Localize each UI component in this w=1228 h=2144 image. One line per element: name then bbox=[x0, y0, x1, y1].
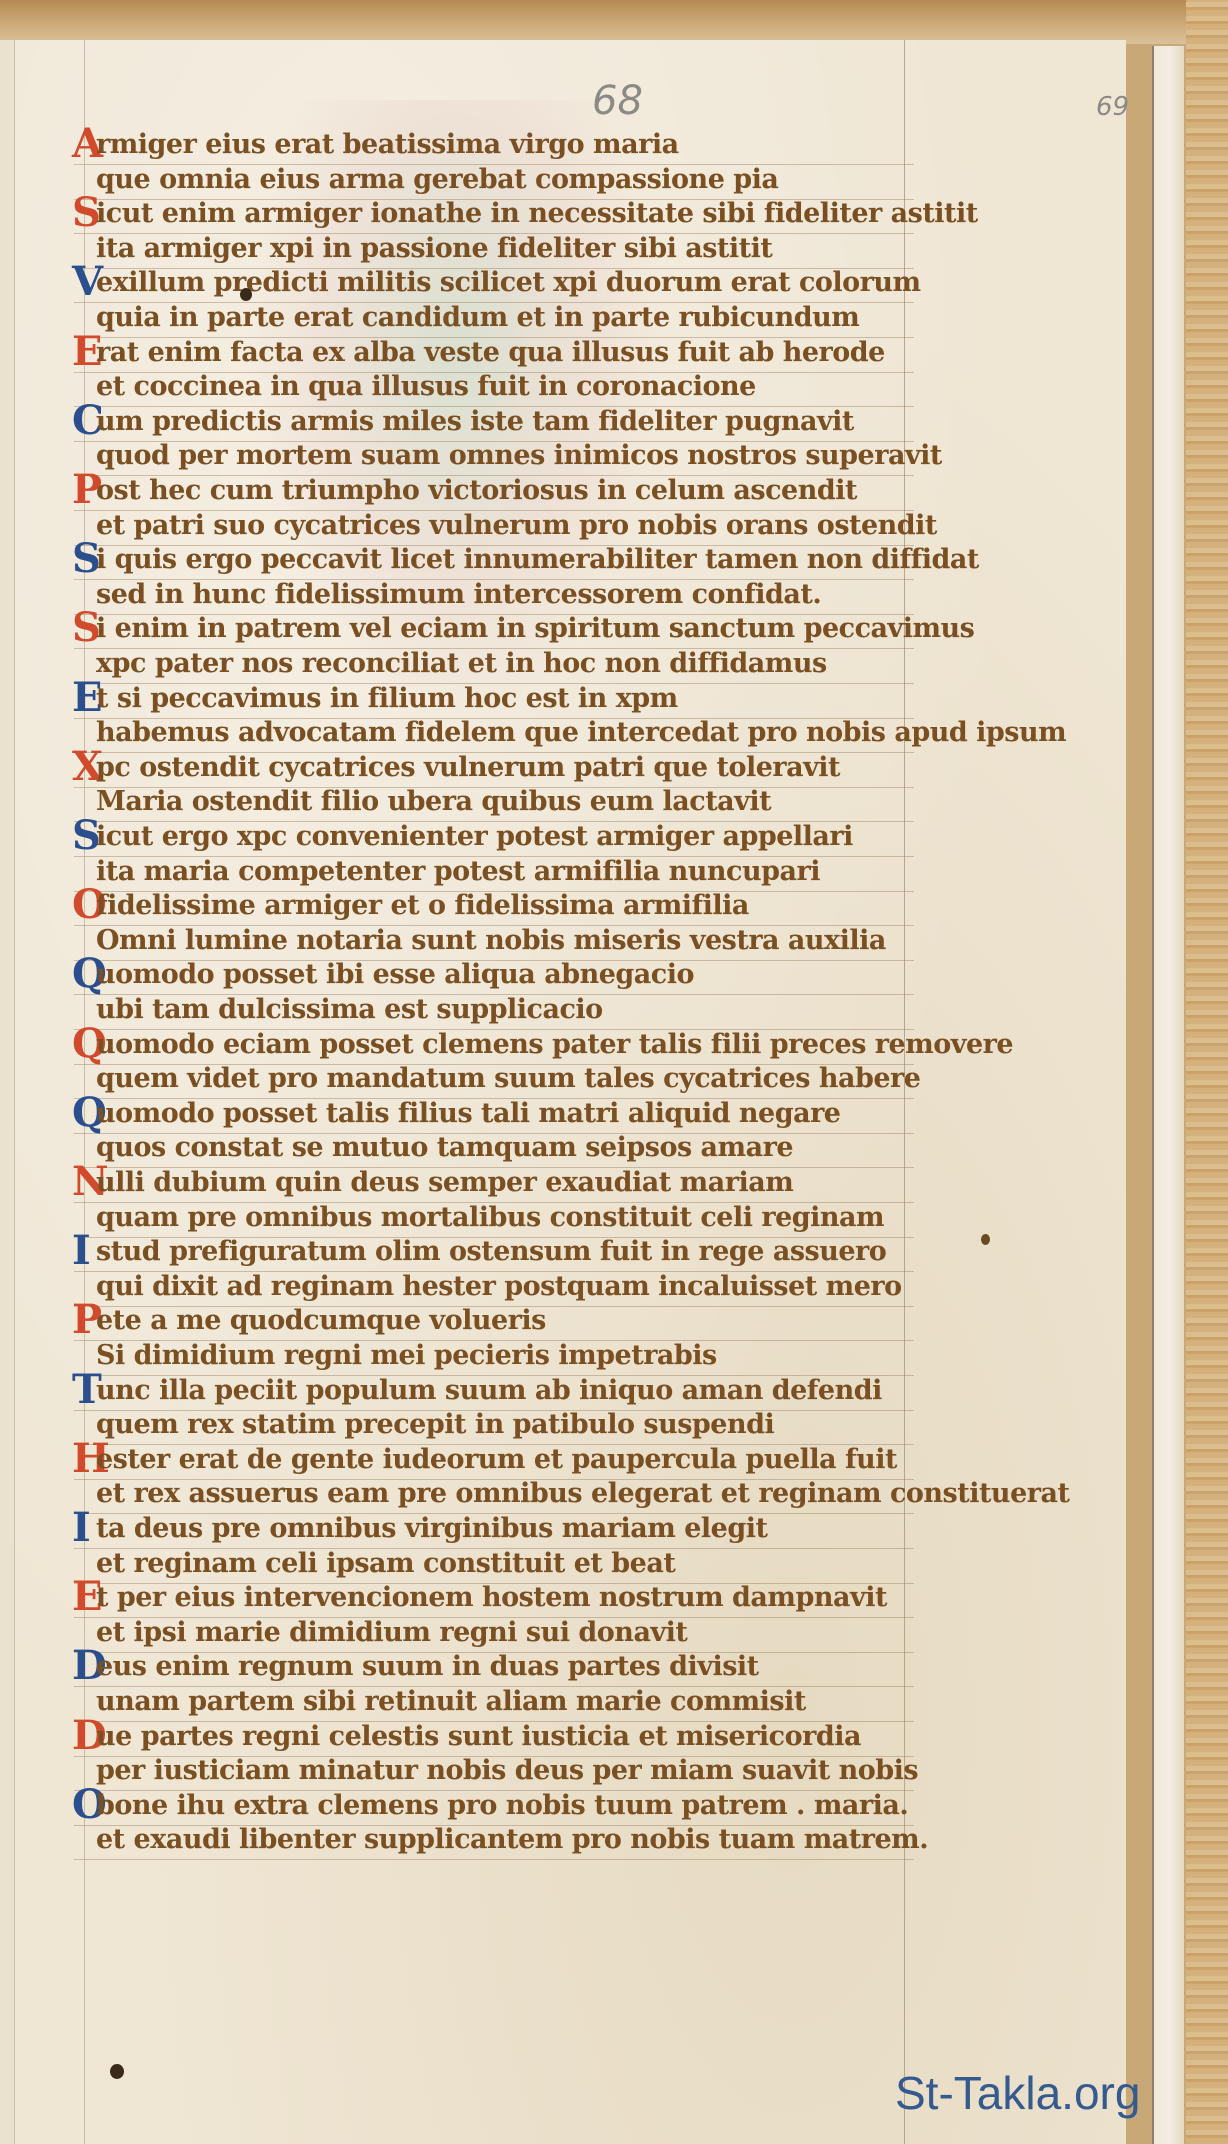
line-text: Maria ostendit filio ubera quibus eum la… bbox=[96, 786, 771, 817]
manuscript-line: Si enim in patrem vel eciam in spiritum … bbox=[74, 612, 914, 649]
manuscript-line: Vexillum predicti militis scilicet xpi d… bbox=[74, 266, 914, 303]
manuscript-line: Si quis ergo peccavit licet innumerabili… bbox=[74, 543, 914, 580]
manuscript-line: et reginam celi ipsam constituit et beat bbox=[74, 1547, 914, 1584]
manuscript-line: quam pre omnibus mortalibus constituit c… bbox=[74, 1201, 914, 1238]
manuscript-line: Deus enim regnum suum in duas partes div… bbox=[74, 1650, 914, 1687]
line-text: quam pre omnibus mortalibus constituit c… bbox=[96, 1202, 884, 1233]
manuscript-line: Sicut ergo xpc convenienter potest armig… bbox=[74, 820, 914, 857]
folio-number-pencil: 68 bbox=[592, 78, 643, 124]
manuscript-line: Maria ostendit filio ubera quibus eum la… bbox=[74, 785, 914, 822]
manuscript-line: Et per eius intervencionem hostem nostru… bbox=[74, 1581, 914, 1618]
line-text: fidelissime armiger et o fidelissima arm… bbox=[96, 890, 749, 921]
line-text: bone ihu extra clemens pro nobis tuum pa… bbox=[96, 1790, 908, 1821]
manuscript-line: et coccinea in qua illusus fuit in coron… bbox=[74, 370, 914, 407]
manuscript-line: unam partem sibi retinuit aliam marie co… bbox=[74, 1685, 914, 1722]
manuscript-line: xpc pater nos reconciliat et in hoc non … bbox=[74, 647, 914, 684]
manuscript-line: Omni lumine notaria sunt nobis miseris v… bbox=[74, 924, 914, 961]
manuscript-line: ita armiger xpi in passione fideliter si… bbox=[74, 232, 914, 269]
folio-number-corner: 69 bbox=[1096, 92, 1129, 122]
line-text: ta deus pre omnibus virginibus mariam el… bbox=[96, 1513, 767, 1544]
line-text: i quis ergo peccavit licet innumerabilit… bbox=[96, 544, 979, 575]
manuscript-line: Cum predictis armis miles iste tam fidel… bbox=[74, 405, 914, 442]
line-text: pc ostendit cycatrices vulnerum patri qu… bbox=[96, 752, 840, 783]
manuscript-line: Pete a me quodcumque volueris bbox=[74, 1304, 914, 1341]
line-text: rat enim facta ex alba veste qua illusus… bbox=[96, 337, 885, 368]
manuscript-line: Xpc ostendit cycatrices vulnerum patri q… bbox=[74, 751, 914, 788]
line-text: quod per mortem suam omnes inimicos nost… bbox=[96, 440, 942, 471]
line-text: stud prefiguratum olim ostensum fuit in … bbox=[96, 1236, 886, 1267]
line-text: et exaudi libenter supplicantem pro nobi… bbox=[96, 1824, 928, 1855]
line-text: ulli dubium quin deus semper exaudiat ma… bbox=[96, 1167, 793, 1198]
line-text: quem videt pro mandatum suum tales cycat… bbox=[96, 1063, 920, 1094]
manuscript-line: O bone ihu extra clemens pro nobis tuum … bbox=[74, 1789, 914, 1826]
manuscript-line: ita maria competenter potest armifilia n… bbox=[74, 855, 914, 892]
manuscript-line: qui dixit ad reginam hester postquam inc… bbox=[74, 1270, 914, 1307]
line-text: quos constat se mutuo tamquam seipsos am… bbox=[96, 1132, 793, 1163]
ink-spot bbox=[981, 1234, 990, 1245]
manuscript-line: Quomodo eciam posset clemens pater talis… bbox=[74, 1028, 914, 1065]
line-text: que omnia eius arma gerebat compassione … bbox=[96, 164, 778, 195]
manuscript-line: et exaudi libenter supplicantem pro nobi… bbox=[74, 1823, 914, 1860]
manuscript-line: habemus advocatam fidelem que intercedat… bbox=[74, 716, 914, 753]
line-text: uomodo posset talis filius tali matri al… bbox=[96, 1098, 840, 1129]
manuscript-line: ubi tam dulcissima est supplicacio bbox=[74, 993, 914, 1030]
manuscript-line: Tunc illa peciit populum suum ab iniquo … bbox=[74, 1374, 914, 1411]
line-text: et coccinea in qua illusus fuit in coron… bbox=[96, 371, 756, 402]
manuscript-line: que omnia eius arma gerebat compassione … bbox=[74, 163, 914, 200]
line-text: ost hec cum triumpho victoriosus in celu… bbox=[96, 475, 857, 506]
line-text: quem rex statim precepit in patibulo sus… bbox=[96, 1409, 774, 1440]
manuscript-line: Sicut enim armiger ionathe in necessitat… bbox=[74, 197, 914, 234]
manuscript-line: Erat enim facta ex alba veste qua illusu… bbox=[74, 336, 914, 373]
manuscript-line: et ipsi marie dimidium regni sui donavit bbox=[74, 1616, 914, 1653]
watermark: St-Takla.org bbox=[895, 2066, 1140, 2120]
line-text: icut enim armiger ionathe in necessitate… bbox=[96, 198, 978, 229]
manuscript-line: Hester erat de gente iudeorum et pauperc… bbox=[74, 1443, 914, 1480]
line-text: Si dimidium regni mei pecieris impetrabi… bbox=[96, 1340, 717, 1371]
adjacent-leaf-strip bbox=[0, 40, 15, 2144]
line-text: qui dixit ad reginam hester postquam inc… bbox=[96, 1271, 902, 1302]
line-text: t si peccavimus in filium hoc est in xpm bbox=[96, 683, 678, 714]
line-text: et patri suo cycatrices vulnerum pro nob… bbox=[96, 510, 937, 541]
line-text: uomodo posset ibi esse aliqua abnegacio bbox=[96, 959, 694, 990]
manuscript-line: sed in hunc fidelissimum intercessorem c… bbox=[74, 578, 914, 615]
line-text: per iusticiam minatur nobis deus per mia… bbox=[96, 1755, 918, 1786]
line-text: unam partem sibi retinuit aliam marie co… bbox=[96, 1686, 806, 1717]
line-text: unc illa peciit populum suum ab iniquo a… bbox=[96, 1375, 882, 1406]
manuscript-line: et rex assuerus eam pre omnibus elegerat… bbox=[74, 1477, 914, 1514]
line-text: i enim in patrem vel eciam in spiritum s… bbox=[96, 613, 974, 644]
manuscript-line: et patri suo cycatrices vulnerum pro nob… bbox=[74, 509, 914, 546]
binding-right-edge bbox=[1186, 0, 1228, 2144]
manuscript-line: Armiger eius erat beatissima virgo maria bbox=[74, 128, 914, 165]
manuscript-line: O fidelissime armiger et o fidelissima a… bbox=[74, 889, 914, 926]
manuscript-line: per iusticiam minatur nobis deus per mia… bbox=[74, 1754, 914, 1791]
line-text: uomodo eciam posset clemens pater talis … bbox=[96, 1029, 1013, 1060]
manuscript-line: quem videt pro mandatum suum tales cycat… bbox=[74, 1062, 914, 1099]
hole bbox=[110, 2064, 124, 2079]
line-text: Omni lumine notaria sunt nobis miseris v… bbox=[96, 925, 886, 956]
manuscript-page: 68 69 Armiger eius erat beatissima virgo… bbox=[14, 40, 1126, 2144]
manuscript-line: quem rex statim precepit in patibulo sus… bbox=[74, 1408, 914, 1445]
line-text: habemus advocatam fidelem que intercedat… bbox=[96, 717, 1066, 748]
line-text: et rex assuerus eam pre omnibus elegerat… bbox=[96, 1478, 1069, 1509]
line-text: ubi tam dulcissima est supplicacio bbox=[96, 994, 603, 1025]
ink-blot bbox=[240, 288, 252, 301]
line-text: xpc pater nos reconciliat et in hoc non … bbox=[96, 648, 827, 679]
manuscript-line: Quomodo posset ibi esse aliqua abnegacio bbox=[74, 958, 914, 995]
line-text: ete a me quodcumque volueris bbox=[96, 1305, 546, 1336]
manuscript-line: quod per mortem suam omnes inimicos nost… bbox=[74, 439, 914, 476]
line-text: ester erat de gente iudeorum et paupercu… bbox=[96, 1444, 897, 1475]
right-flyleaf-edge bbox=[1152, 46, 1184, 2144]
manuscript-line: Nulli dubium quin deus semper exaudiat m… bbox=[74, 1166, 914, 1203]
manuscript-line: Post hec cum triumpho victoriosus in cel… bbox=[74, 474, 914, 511]
line-text: exillum predicti militis scilicet xpi du… bbox=[96, 267, 921, 298]
line-text: ita maria competenter potest armifilia n… bbox=[96, 856, 820, 887]
manuscript-line: quos constat se mutuo tamquam seipsos am… bbox=[74, 1131, 914, 1168]
manuscript-line: Due partes regni celestis sunt iusticia … bbox=[74, 1720, 914, 1757]
manuscript-line: Si dimidium regni mei pecieris impetrabi… bbox=[74, 1339, 914, 1376]
blue-initial-letter: I bbox=[72, 1231, 91, 1271]
manuscript-line: Ita deus pre omnibus virginibus mariam e… bbox=[74, 1512, 914, 1549]
line-text: eus enim regnum suum in duas partes divi… bbox=[96, 1651, 759, 1682]
blue-initial-letter: I bbox=[72, 1508, 91, 1548]
manuscript-line: quia in parte erat candidum et in parte … bbox=[74, 301, 914, 338]
line-text: um predictis armis miles iste tam fideli… bbox=[96, 406, 854, 437]
manuscript-line: Et si peccavimus in filium hoc est in xp… bbox=[74, 682, 914, 719]
line-text: et ipsi marie dimidium regni sui donavit bbox=[96, 1617, 687, 1648]
line-text: icut ergo xpc convenienter potest armige… bbox=[96, 821, 853, 852]
line-text: ita armiger xpi in passione fideliter si… bbox=[96, 233, 772, 264]
line-text: rmiger eius erat beatissima virgo maria bbox=[96, 129, 679, 160]
line-text: t per eius intervencionem hostem nostrum… bbox=[96, 1582, 887, 1613]
line-text: et reginam celi ipsam constituit et beat bbox=[96, 1548, 675, 1579]
binding-top-edge bbox=[0, 0, 1228, 44]
manuscript-line: Istud prefiguratum olim ostensum fuit in… bbox=[74, 1235, 914, 1272]
line-text: sed in hunc fidelissimum intercessorem c… bbox=[96, 579, 821, 610]
manuscript-line: Quomodo posset talis filius tali matri a… bbox=[74, 1097, 914, 1134]
line-text: quia in parte erat candidum et in parte … bbox=[96, 302, 859, 333]
line-text: ue partes regni celestis sunt iusticia e… bbox=[96, 1721, 861, 1752]
